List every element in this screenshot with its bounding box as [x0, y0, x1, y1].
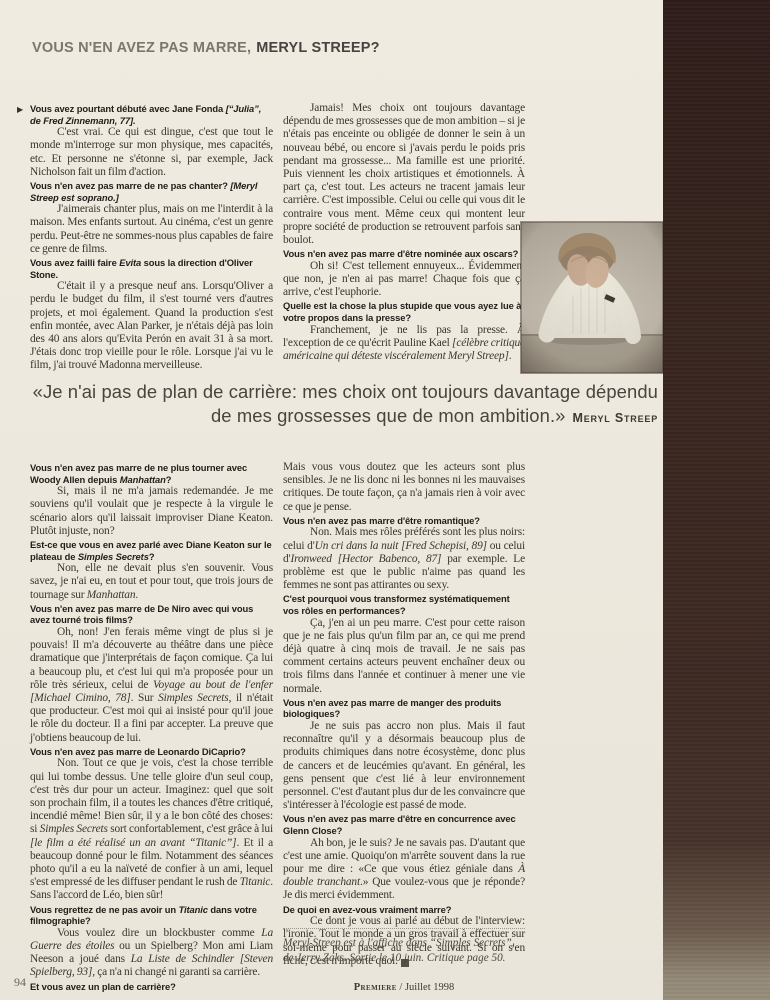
interview-answer: C'était il y a presque neuf ans. Lorsqu'…	[30, 280, 273, 372]
magazine-page: VOUS N'EN AVEZ PAS MARRE,MERYL STREEP? ▶…	[0, 0, 770, 1000]
interview-question: Vous avez pourtant débuté avec Jane Fond…	[30, 103, 273, 126]
interview-question: Vous n'en avez pas marre d'être en concu…	[283, 813, 525, 836]
page-number: 94	[14, 975, 26, 990]
interview-answer: Non. Tout ce que je vois, c'est la chose…	[30, 757, 273, 902]
interview-answer: Vous voulez dire un blockbuster comme La…	[30, 927, 273, 980]
interview-question: Quelle est la chose la plus stupide que …	[283, 300, 525, 323]
page-title-light: VOUS N'EN AVEZ PAS MARRE,	[32, 40, 251, 56]
interview-question: Vous n'en avez pas marre de manger des p…	[283, 697, 525, 720]
interview-answer: J'aimerais chanter plus, mais on me l'in…	[30, 203, 273, 256]
interview-question: Vous n'en avez pas marre de ne pas chant…	[30, 180, 273, 203]
pull-quote: «Je n'ai pas de plan de carrière: mes ch…	[30, 380, 658, 430]
pull-quote-attribution: Meryl Streep	[573, 411, 659, 425]
interview-question: Vous n'en avez pas marre de Leonardo DiC…	[30, 746, 273, 758]
interview-question: Vous n'en avez pas marre de De Niro avec…	[30, 603, 273, 626]
interview-answer: Oh si! C'est tellement ennuyeux... Évide…	[283, 260, 525, 300]
interview-question: Vous n'en avez pas marre d'être nominée …	[283, 248, 525, 260]
interview-answer: Je ne suis pas accro non plus. Mais il f…	[283, 720, 525, 812]
page-title-bold: MERYL STREEP?	[256, 40, 379, 56]
interview-answer: Non. Mais mes rôles préférés sont les pl…	[283, 526, 525, 592]
interview-question: Et vous avez un plan de carrière?	[30, 981, 273, 993]
interview-answer: Mais vous vous doutez que les acteurs so…	[283, 461, 525, 514]
meryl-streep-photo	[521, 222, 663, 373]
article-footnote: Meryl Streep est à l'affiche dans “Simpl…	[283, 928, 525, 965]
magazine-issue: / Juillet 1998	[399, 982, 454, 993]
column-bottom-right: Mais vous vous doutez que les acteurs so…	[283, 461, 525, 968]
interview-answer: Oh, non! J'en ferais même vingt de plus …	[30, 626, 273, 745]
page-title: VOUS N'EN AVEZ PAS MARRE,MERYL STREEP?	[32, 40, 380, 56]
interview-answer: C'est vrai. Ce qui est dingue, c'est que…	[30, 126, 273, 179]
magazine-credit: Premiere / Juillet 1998	[283, 982, 525, 993]
interview-question: Vous avez failli faire Evita sous la dir…	[30, 257, 273, 280]
interview-answer: Non, elle ne devait plus s'en souvenir. …	[30, 562, 273, 602]
interview-question: Vous n'en avez pas marre de ne plus tour…	[30, 462, 273, 485]
interview-question: C'est pourquoi vous transformez systémat…	[283, 593, 525, 616]
column-top-right: Jamais! Mes choix ont toujours davantage…	[283, 102, 525, 363]
pull-quote-text: «Je n'ai pas de plan de carrière: mes ch…	[33, 381, 658, 426]
question-marker-icon: ▶	[17, 105, 23, 114]
interview-answer: Franchement, je ne lis pas la presse. À …	[283, 324, 525, 364]
interview-question: Est-ce que vous en avez parlé avec Diane…	[30, 539, 273, 562]
column-bottom-left: Vous n'en avez pas marre de ne plus tour…	[30, 461, 273, 992]
interview-question: Vous regrettez de ne pas avoir un Titani…	[30, 904, 273, 927]
right-edge-photo-strip	[663, 0, 770, 1000]
interview-answer: Ah bon, je le suis? Je ne savais pas. D'…	[283, 837, 525, 903]
column-top-left: Vous avez pourtant débuté avec Jane Fond…	[30, 102, 273, 373]
interview-question: De quoi en avez-vous vraiment marre?	[283, 904, 525, 916]
interview-question: Vous n'en avez pas marre d'être romantiq…	[283, 515, 525, 527]
interview-answer: Ça, j'en ai un peu marre. C'est pour cet…	[283, 617, 525, 696]
magazine-name: Premiere	[354, 982, 397, 993]
interview-answer: Jamais! Mes choix ont toujours davantage…	[283, 102, 525, 247]
interview-answer: Si, mais il ne m'a jamais redemandée. Je…	[30, 485, 273, 538]
